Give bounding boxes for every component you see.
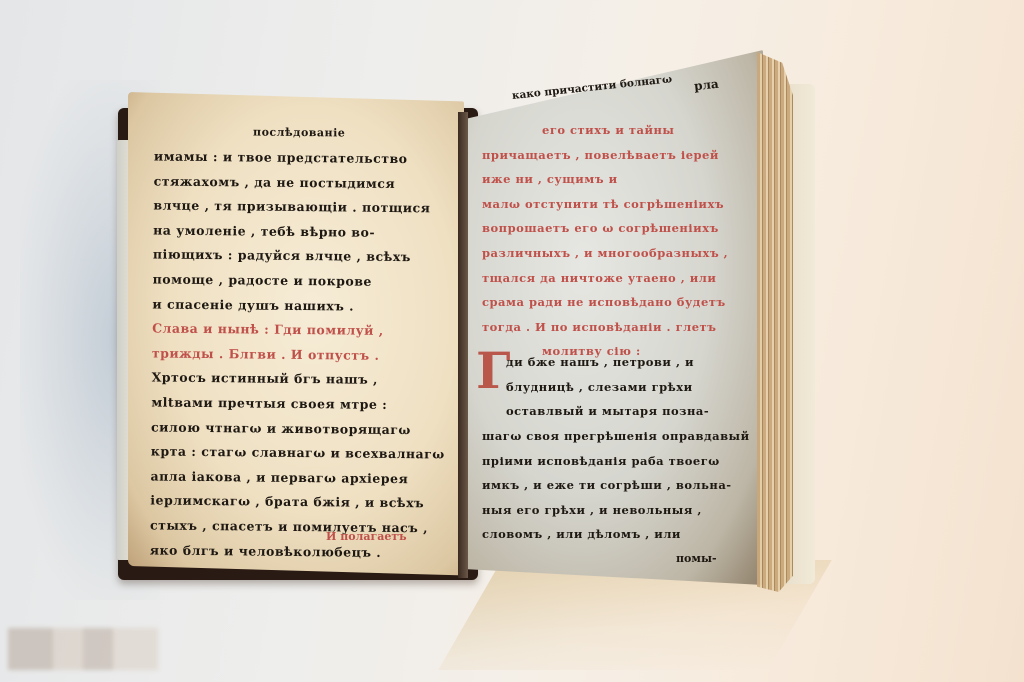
rubric-line: различныхъ , и многообразныхъ , <box>482 241 742 266</box>
right-catchword: помы- <box>676 552 717 565</box>
rubric-line: причащаетъ , повелѣваетъ іерей <box>482 143 742 168</box>
text-line: помоще , радосте и покрове <box>153 267 443 295</box>
text-line: имамы : и твое предстательство <box>154 144 444 172</box>
text-line: влчце , тя призывающіи . потщися <box>153 194 443 222</box>
text-line: на умоленіе , тебѣ вѣрно во- <box>153 218 443 246</box>
text-line: Хртосъ истинный бгъ нашъ , <box>151 366 441 394</box>
folio-number: рла <box>693 77 719 93</box>
text-line: піющихъ : радуйся влчце , всѣхъ <box>153 243 443 271</box>
rubric-line: малω отступити тѣ согрѣшеніихъ <box>482 192 742 217</box>
text-line: апла іакова , и первагω архіерея <box>150 464 440 492</box>
text-line: крта : стагω славнагω и всехвалнагω <box>151 440 441 468</box>
rubric-line: тщался да ничтоже утаено , или <box>482 266 742 291</box>
rubric-line: иже ни , сущимъ и <box>482 167 742 192</box>
rubric-line: трижды . Блгви . И отпустъ . <box>152 341 442 369</box>
text-line: ди бже нашъ , петрови , и <box>506 350 746 375</box>
rubric-line: Слава и нынѣ : Гди помилуй , <box>152 317 442 345</box>
text-line: оставлвый и мытаря позна- <box>506 399 746 424</box>
text-line: шагω своя прегрѣшенія оправдавый <box>482 424 742 449</box>
left-catchword: И полагаетъ <box>326 530 407 543</box>
rubric-line: его стихъ и тайны <box>482 118 742 143</box>
text-line: мltвами пречтыя своея мтре : <box>151 390 441 418</box>
text-line: стяжахомъ , да не постыдимся <box>154 169 444 197</box>
book-gutter <box>458 112 468 578</box>
text-line: ныя его грѣхи , и невольныя , <box>482 498 742 523</box>
right-page-body: ди бже нашъ , петрови , и блудницѣ , сле… <box>506 350 746 424</box>
text-line: пріими исповѣданія раба твоегω <box>482 449 742 474</box>
text-line: словомъ , или дѣломъ , или <box>482 522 742 547</box>
rubric-line: срама ради не исповѣдано будетъ <box>482 290 742 315</box>
text-line: и спасеніе душъ нашихъ . <box>152 292 442 320</box>
rubric-line: вопрошаетъ его ω согрѣшеніихъ <box>482 216 742 241</box>
text-line: блудницѣ , слезами грѣхи <box>506 375 746 400</box>
left-page-text: послѣдованіе имамы : и твое предстательс… <box>150 118 445 565</box>
left-running-head: послѣдованіе <box>154 118 444 147</box>
page-fore-edge <box>757 52 793 592</box>
right-page-text: его стихъ и тайны причащаетъ , повелѣвае… <box>482 118 742 364</box>
text-line: іерлимскагω , брата бжія , и всѣхъ <box>150 489 440 517</box>
pixelated-watermark <box>8 628 158 670</box>
right-page-body-lower: шагω своя прегрѣшенія оправдавый пріими … <box>482 424 742 547</box>
text-line: силою чтнагω и животворящагω <box>151 415 441 443</box>
text-line: имкъ , и еже ти согрѣши , вольна- <box>482 473 742 498</box>
rubric-line: тогда . И по исповѣданіи . глетъ <box>482 315 742 340</box>
